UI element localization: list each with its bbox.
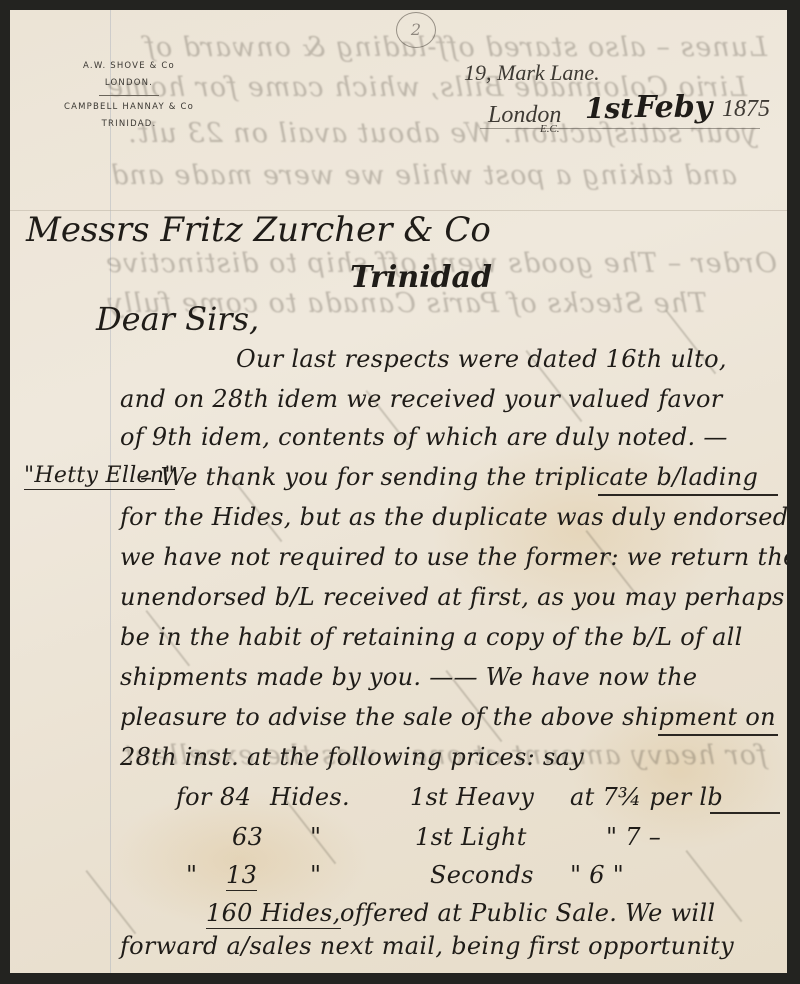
row-prefix: for <box>176 783 212 811</box>
letterhead-city-london: LONDON. <box>54 75 204 92</box>
body-line: pleasure to advise the sale of the above… <box>120 703 776 731</box>
closing-line: offered at Public Sale. We will <box>340 899 715 927</box>
underline <box>598 494 778 496</box>
row-qty: 63 <box>232 823 263 851</box>
row-prefix: " <box>186 861 197 889</box>
row-item: " <box>310 823 321 851</box>
row-item: Hides. <box>270 783 350 811</box>
body-line: shipments made by you. —— We have now th… <box>120 663 697 691</box>
date-month: Feby <box>635 90 712 125</box>
row-price: at 7¾ per lb <box>570 783 723 811</box>
date-rule <box>480 128 760 129</box>
row-item: " <box>310 861 321 889</box>
recipient-place: Trinidad <box>350 260 492 295</box>
recipient-name: Messrs Fritz Zurcher & Co <box>26 210 491 250</box>
body-line: 28th inst. at the following prices: say <box>120 743 584 771</box>
row-grade: Seconds <box>430 861 534 889</box>
underline <box>710 812 780 814</box>
body-line: and on 28th idem we received your valued… <box>120 385 723 413</box>
row-price: " 6 " <box>570 861 624 889</box>
body-line: be in the habit of retaining a copy of t… <box>120 623 743 651</box>
letterhead-firm-london: A.W. SHOVE & Co <box>54 58 204 75</box>
body-line: – We thank you for sending the triplicat… <box>140 463 758 491</box>
row-qty: 13 <box>226 861 257 891</box>
bleed-line: and taking a post while we were made and <box>110 160 737 191</box>
row-grade: 1st Heavy <box>410 783 534 811</box>
postal-district: E.C. <box>540 123 560 135</box>
letterhead-divider <box>99 95 159 96</box>
body-line: we have not required to use the former: … <box>120 543 787 571</box>
body-line: unendorsed b/L received at first, as you… <box>120 583 785 611</box>
body-line: Our last respects were dated 16th ulto, <box>236 345 727 373</box>
row-grade: 1st Light <box>415 823 527 851</box>
body-line: for the Hides, but as the duplicate was … <box>120 503 787 531</box>
margin-rule <box>110 10 111 973</box>
body-line: of 9th idem, contents of which are duly … <box>120 423 728 451</box>
letterhead-firm-trinidad: CAMPBELL HANNAY & Co <box>54 99 204 116</box>
sender-address: 19, Mark Lane. <box>464 60 600 86</box>
underline <box>658 734 778 736</box>
total-hides: 160 Hides, <box>206 899 341 929</box>
bleed-line: Lunes – also stared off-lading & onward … <box>144 32 767 63</box>
row-qty: 84 <box>220 783 251 811</box>
row-price: " 7 – <box>606 823 661 851</box>
date-year: 1875 <box>722 96 770 123</box>
letter-page: Lunes – also stared off-lading & onward … <box>10 10 787 973</box>
salutation: Dear Sirs, <box>96 300 259 338</box>
closing-line: forward a/sales next mail, being first o… <box>120 932 734 960</box>
letterhead-city-trinidad: TRINIDAD. <box>54 116 204 133</box>
folio-number: 2 <box>396 12 436 48</box>
letterhead: A.W. SHOVE & Co LONDON. CAMPBELL HANNAY … <box>54 58 204 133</box>
date-day: 1st <box>585 92 633 125</box>
